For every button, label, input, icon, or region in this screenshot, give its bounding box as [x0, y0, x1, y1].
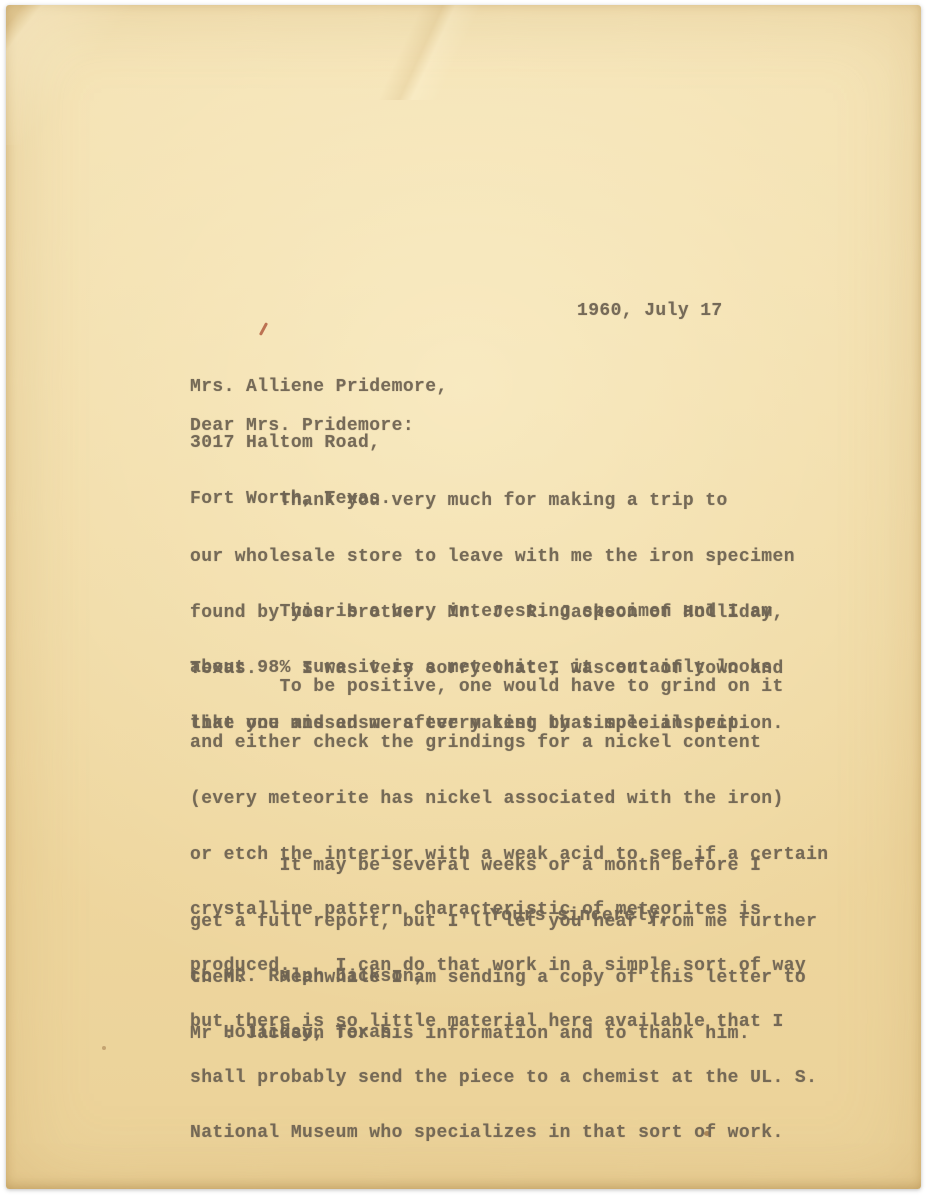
paper-speck [102, 1046, 106, 1050]
closing: Yours sincerely, [490, 907, 669, 926]
salutation: Dear Mrs. Pridemore: [190, 417, 414, 436]
paper-crease [336, 5, 506, 100]
paper-red-mark [259, 322, 268, 336]
letter-date: 1960, July 17 [577, 302, 723, 321]
body-line: It may be several weeks or a month befor… [190, 857, 817, 876]
cc-block: cc MR. Ralph Jackson, Holliday, Texas. [190, 931, 425, 1080]
body-line: and either check the grindings for a nic… [190, 734, 829, 753]
letter-paper: 1960, July 17 Mrs. Alliene Pridemore, 30… [6, 5, 921, 1189]
cc-line: Holliday, Texas. [190, 1024, 425, 1043]
address-line: Mrs. Alliene Pridemore, [190, 378, 448, 397]
address-line: 3017 Haltom Road, [190, 434, 448, 453]
body-line: To be positive, one would have to grind … [190, 678, 829, 697]
body-line: National Museum who specializes in that … [190, 1124, 829, 1143]
scanned-letter-page: 1960, July 17 Mrs. Alliene Pridemore, 30… [0, 0, 929, 1200]
body-line: Thank you very much for making a trip to [190, 492, 795, 511]
body-line: This is a very interesting specimen and … [190, 603, 784, 622]
body-line: (every meteorite has nickel associated w… [190, 790, 829, 809]
body-line: our wholesale store to leave with me the… [190, 548, 795, 567]
cc-line: cc MR. Ralph Jackson, [190, 968, 425, 987]
